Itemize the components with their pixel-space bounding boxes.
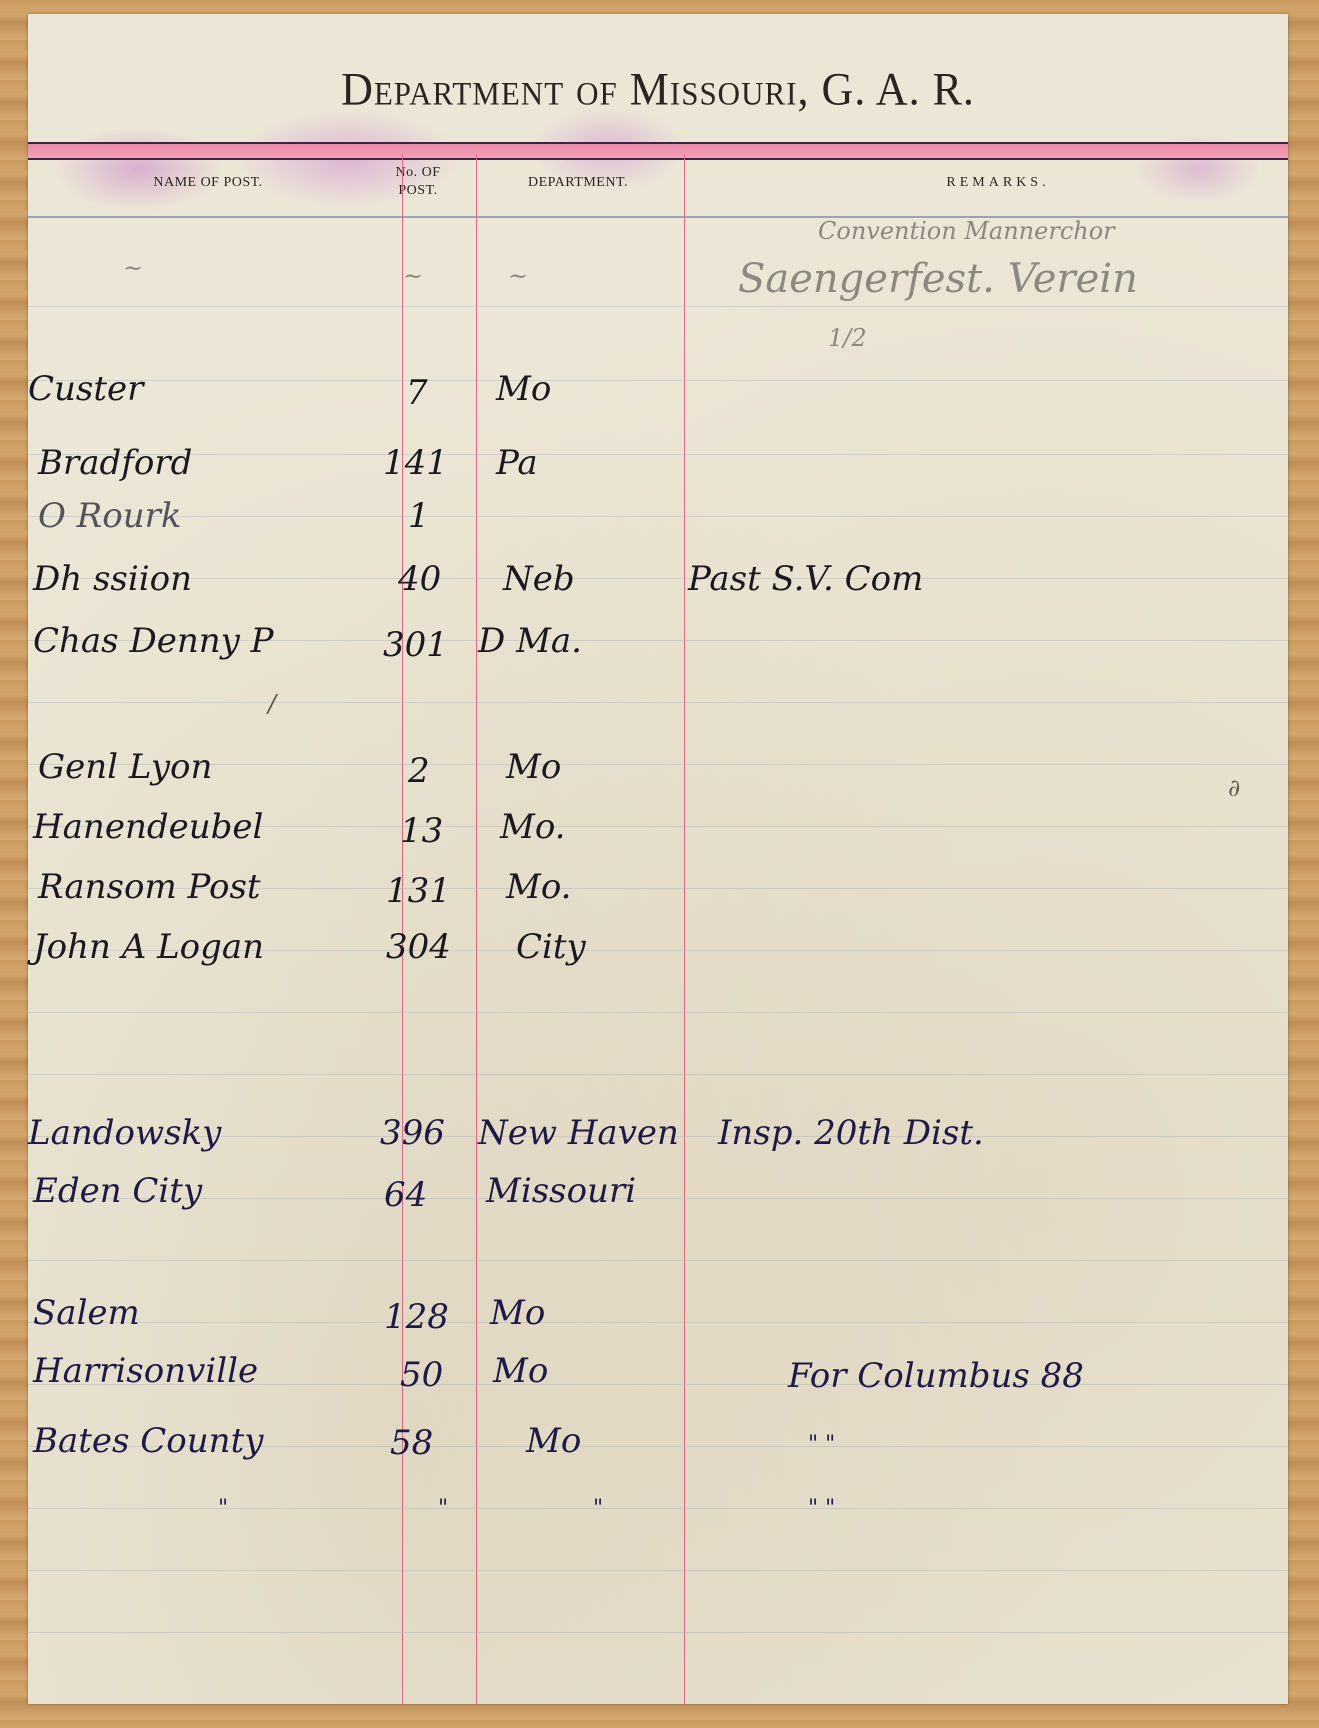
column-divider [684, 154, 685, 1704]
pencil-dash-mark: ~ [403, 262, 423, 290]
post-name: O Rourk [38, 499, 182, 533]
post-department: Mo [493, 1354, 548, 1388]
post-number: 13 [400, 814, 443, 848]
column-header-department: DEPARTMENT. [478, 174, 678, 192]
post-name: Hanendeubel [33, 810, 263, 844]
column-header-name: NAME OF POST. [98, 174, 318, 192]
post-department: Neb [503, 562, 575, 596]
post-number: 64 [384, 1178, 427, 1212]
ruled-line [28, 454, 1288, 455]
post-name: Dh ssiion [33, 562, 192, 596]
remark-pencil-line2: Saengerfest. Verein [738, 259, 1138, 299]
post-name: Genl Lyon [38, 750, 212, 784]
ruled-line [28, 516, 1288, 517]
post-number: 396 [380, 1116, 445, 1150]
post-name: Salem [33, 1296, 140, 1330]
column-header-number: No. OF POST. [378, 164, 458, 200]
post-name: Harrisonville [33, 1354, 258, 1388]
post-name: Eden City [33, 1174, 202, 1208]
post-department: " [593, 1498, 603, 1520]
ruled-line [28, 1074, 1288, 1075]
post-department: Pa [496, 446, 538, 480]
post-number: 301 [383, 628, 448, 662]
post-number: 40 [398, 562, 441, 596]
post-department: Mo [490, 1296, 545, 1330]
ink-stain [48, 109, 1288, 229]
post-number: 131 [386, 874, 451, 908]
ink-mark: / [268, 690, 276, 718]
ruled-line [28, 1012, 1288, 1013]
remark-pencil-line3: 1/2 [828, 326, 867, 350]
pencil-dash-mark: ~ [508, 262, 528, 290]
post-department: Mo. [500, 810, 566, 844]
post-number: 58 [390, 1426, 433, 1460]
post-number: 141 [383, 446, 448, 480]
post-department: Mo [496, 372, 551, 406]
ruled-line [28, 702, 1288, 703]
post-name: Bradford [38, 446, 192, 480]
post-name: Landowsky [28, 1116, 221, 1150]
post-remarks: " " [808, 1434, 835, 1456]
column-header-remarks: REMARKS. [848, 174, 1148, 192]
post-number: 304 [386, 930, 451, 964]
remark-pencil-line1: Convention Mannerchor [818, 219, 1115, 243]
post-department: City [516, 930, 586, 964]
post-number: " [438, 1498, 448, 1520]
ruled-line [28, 578, 1288, 579]
post-number: 1 [408, 499, 430, 533]
page-title: Department of Missouri, G. A. R. [28, 63, 1288, 117]
post-name: Chas Denny P [33, 624, 274, 658]
post-department: Mo [506, 750, 561, 784]
bleed-through-mark: ∂ [1228, 774, 1240, 802]
ruled-line [28, 764, 1288, 765]
column-divider [476, 154, 477, 1704]
post-department: Missouri [486, 1174, 636, 1208]
post-remarks: " " [808, 1498, 835, 1520]
post-name: Bates County [33, 1424, 263, 1458]
post-number: 128 [384, 1300, 449, 1334]
post-number: 7 [406, 376, 428, 410]
post-department: Mo [526, 1424, 581, 1458]
post-department: Mo. [506, 870, 572, 904]
post-name: Custer [28, 372, 143, 406]
pencil-dash-mark: ~ [123, 254, 143, 282]
ruled-line [28, 1632, 1288, 1633]
post-remarks: For Columbus 88 [788, 1359, 1084, 1393]
post-remarks: Past S.V. Com [688, 562, 923, 596]
post-remarks: Insp. 20th Dist. [718, 1116, 984, 1150]
post-number: 2 [408, 754, 430, 788]
ruled-line [28, 1260, 1288, 1261]
post-name: John A Logan [33, 930, 264, 964]
ruled-line [28, 1570, 1288, 1571]
ruled-line [28, 1508, 1288, 1509]
ruled-line [28, 380, 1288, 381]
ruled-line [28, 306, 1288, 307]
post-name: " [218, 1498, 228, 1520]
post-department: D Ma. [478, 624, 582, 658]
header-double-rule [28, 142, 1288, 160]
post-number: 50 [400, 1358, 443, 1392]
ruled-line [28, 1198, 1288, 1199]
post-department: New Haven [478, 1116, 679, 1150]
post-name: Ransom Post [38, 870, 261, 904]
ledger-page: Department of Missouri, G. A. R. NAME OF… [28, 14, 1288, 1704]
ruled-line [28, 1322, 1288, 1323]
